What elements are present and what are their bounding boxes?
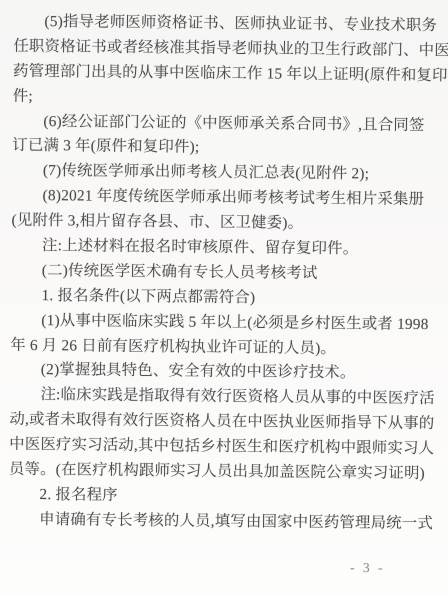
document-text-block: (5)指导老师医师资格证书、医师执业证书、专业技术职务 任职资格证书或者经核准其… [8, 10, 444, 537]
text-line: 药管理部门出具的从事中医临床工作 15 年以上证明(原件和复印 [13, 60, 444, 89]
page-number: - 3 - [350, 560, 385, 576]
document-page: (5)指导老师医师资格证书、医师执业证书、专业技术职务 任职资格证书或者经核准其… [0, 0, 448, 594]
text-line: 申请确有专长考核的人员,填写由国家中医药管理局统一式 [8, 508, 439, 537]
